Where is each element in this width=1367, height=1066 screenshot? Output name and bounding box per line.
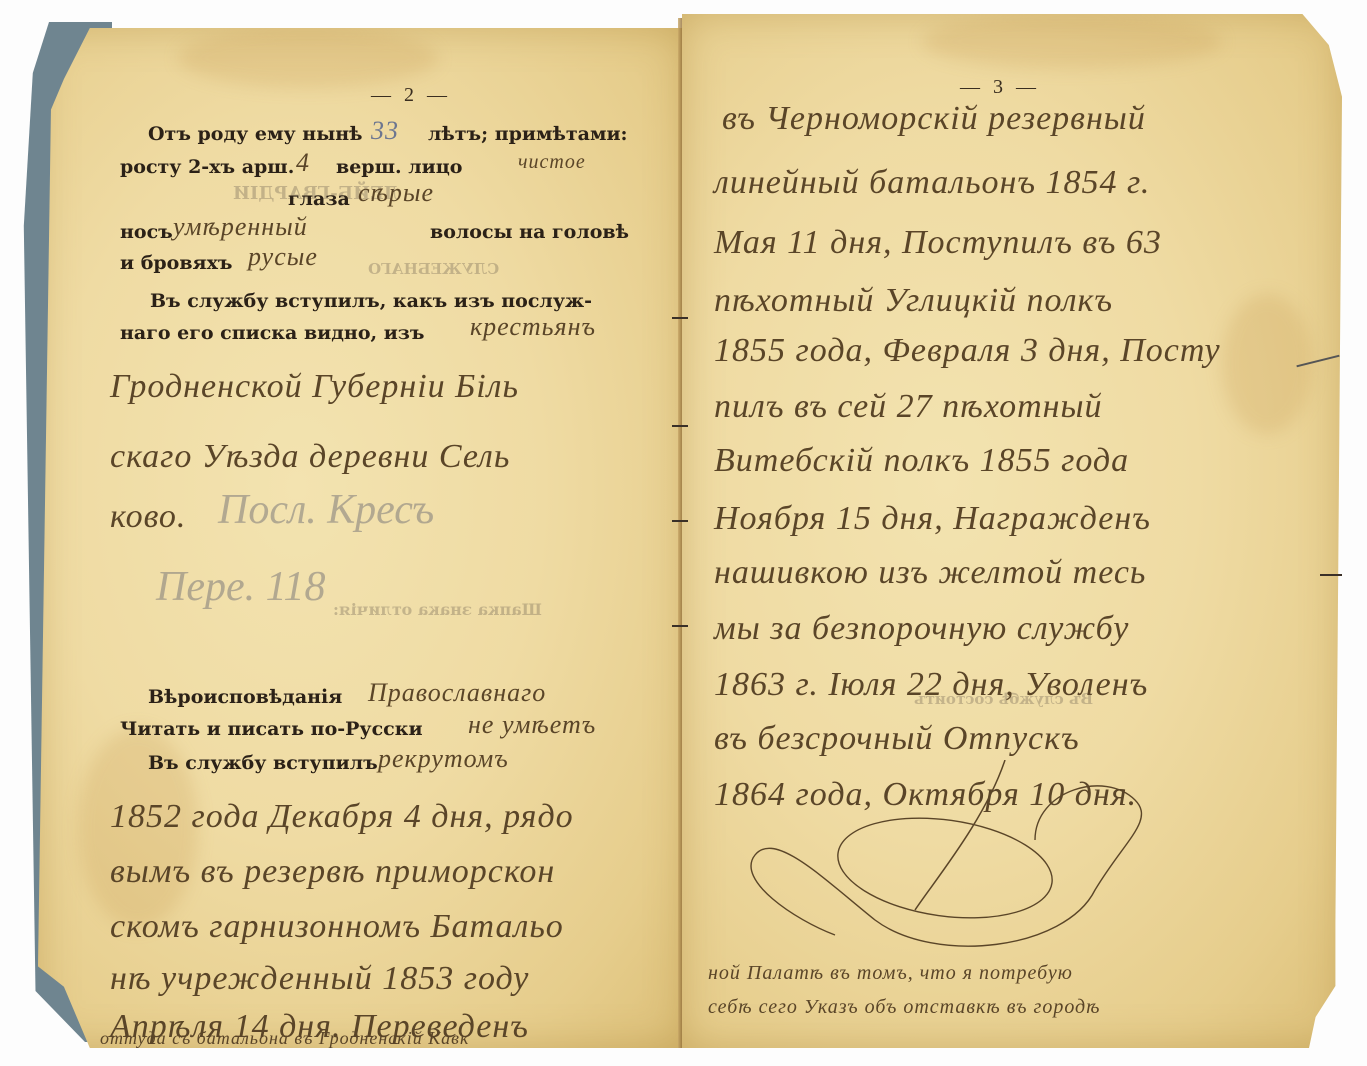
pencil-mark: [1320, 574, 1342, 576]
bleed-through-text: СЛУЖЕБНАГО: [368, 260, 499, 278]
service-record-line: нашивкою изъ желтой тесь: [714, 554, 1146, 592]
literacy-label: Читать и писать по-Русски: [120, 718, 423, 740]
binding-stitch: [672, 425, 688, 427]
service-record-line: въ безсрочный Отпускъ: [714, 720, 1080, 758]
pencil-note: Пере. 118: [156, 563, 326, 611]
binding-stitch: [672, 317, 688, 319]
origin-line: скаго Уѣзда деревни Сель: [110, 438, 510, 476]
religion-value: Православнаго: [368, 678, 546, 708]
service-record-line: Витебскій полкъ 1855 года: [714, 442, 1129, 480]
service-record-line: 1863 г. Іюля 22 дня, Уволенъ: [714, 666, 1148, 704]
hair-label: волосы на головѣ: [430, 221, 629, 243]
service-entry-label: Въ службу вступилъ: [148, 752, 378, 774]
age-suffix: лѣтъ; примѣтами:: [428, 123, 628, 145]
origin-line: Гродненской Губерніи Біль: [110, 368, 519, 406]
face-value: чистое: [518, 151, 586, 174]
flourish-signature: [735, 760, 1175, 960]
origin-line: ково.: [110, 498, 186, 536]
height-label: росту 2-хъ арш.: [120, 156, 294, 178]
left-page: — 2 — ЛЕЙБ-ГВАРДІИ СЛУЖЕБНАГО Шапка знак…: [38, 28, 686, 1048]
service-intro-line-2: наго его списка видно, изъ: [120, 322, 425, 344]
footer-note-line: ной Палатѣ въ томъ, что я потребую: [708, 962, 1073, 985]
service-history-line: скомъ гарнизонномъ Батальо: [110, 908, 564, 946]
service-record-line: пѣхотный Углицкій полкъ: [714, 282, 1113, 320]
literacy-value: не умѣетъ: [468, 710, 596, 740]
water-stain: [178, 28, 438, 88]
height-vershki-value: 4: [296, 148, 310, 178]
nose-label: носъ: [120, 221, 173, 243]
service-record-line: Ноября 15 дня, Награжденъ: [714, 500, 1151, 538]
age-label: Отъ роду ему нынѣ: [148, 123, 363, 145]
service-record-line: линейный батальонъ 1854 г.: [714, 164, 1150, 202]
service-record-line: мы за безпорочную службу: [714, 610, 1129, 648]
service-record-line: 1855 года, Февраля 3 дня, Посту: [714, 332, 1221, 370]
service-entry-value: рекрутомъ: [378, 744, 509, 774]
service-history-line: нѣ учрежденный 1853 году: [110, 960, 529, 998]
binding-stitch: [672, 625, 688, 627]
eyes-value: сѣрые: [358, 178, 434, 208]
binding-stitch: [672, 520, 688, 522]
origin-value: крестьянъ: [470, 312, 596, 342]
service-history-line: 1852 года Декабря 4 дня, рядо: [110, 798, 574, 836]
face-label: верш. лицо: [336, 156, 462, 178]
page-number: — 2 —: [371, 84, 451, 107]
hair-value: русые: [248, 242, 318, 272]
service-history-line: вымъ въ резервѣ приморскон: [110, 853, 555, 891]
eyes-label: глаза: [288, 188, 350, 210]
religion-label: Вѣроисповѣданія: [148, 686, 342, 708]
service-record-line: Мая 11 дня, Поступилъ въ 63: [714, 224, 1162, 262]
water-stain: [922, 14, 1222, 69]
age-value: 33: [371, 116, 399, 146]
bleed-through-text: Шапка знака отличія:: [333, 600, 542, 619]
service-intro-line-1: Въ службу вступилъ, какъ изъ послуж-: [150, 290, 592, 312]
footer-note-line: себѣ сего Указъ объ отставкѣ въ городѣ: [708, 996, 1101, 1019]
nose-value: умѣренный: [173, 212, 308, 242]
service-history-line: оттуда съ батальона въ Гродненскій Кавк: [100, 1028, 469, 1049]
pencil-note: Посл. Кресъ: [218, 486, 434, 534]
scanned-booklet-spread: — 2 — ЛЕЙБ-ГВАРДІИ СЛУЖЕБНАГО Шапка знак…: [0, 0, 1367, 1066]
service-record-line: пилъ въ сей 27 пѣхотный: [714, 388, 1103, 426]
brows-label: и бровяхъ: [120, 252, 232, 274]
service-record-line: въ Черноморскій резервный: [722, 100, 1146, 138]
page-number: — 3 —: [960, 76, 1040, 99]
